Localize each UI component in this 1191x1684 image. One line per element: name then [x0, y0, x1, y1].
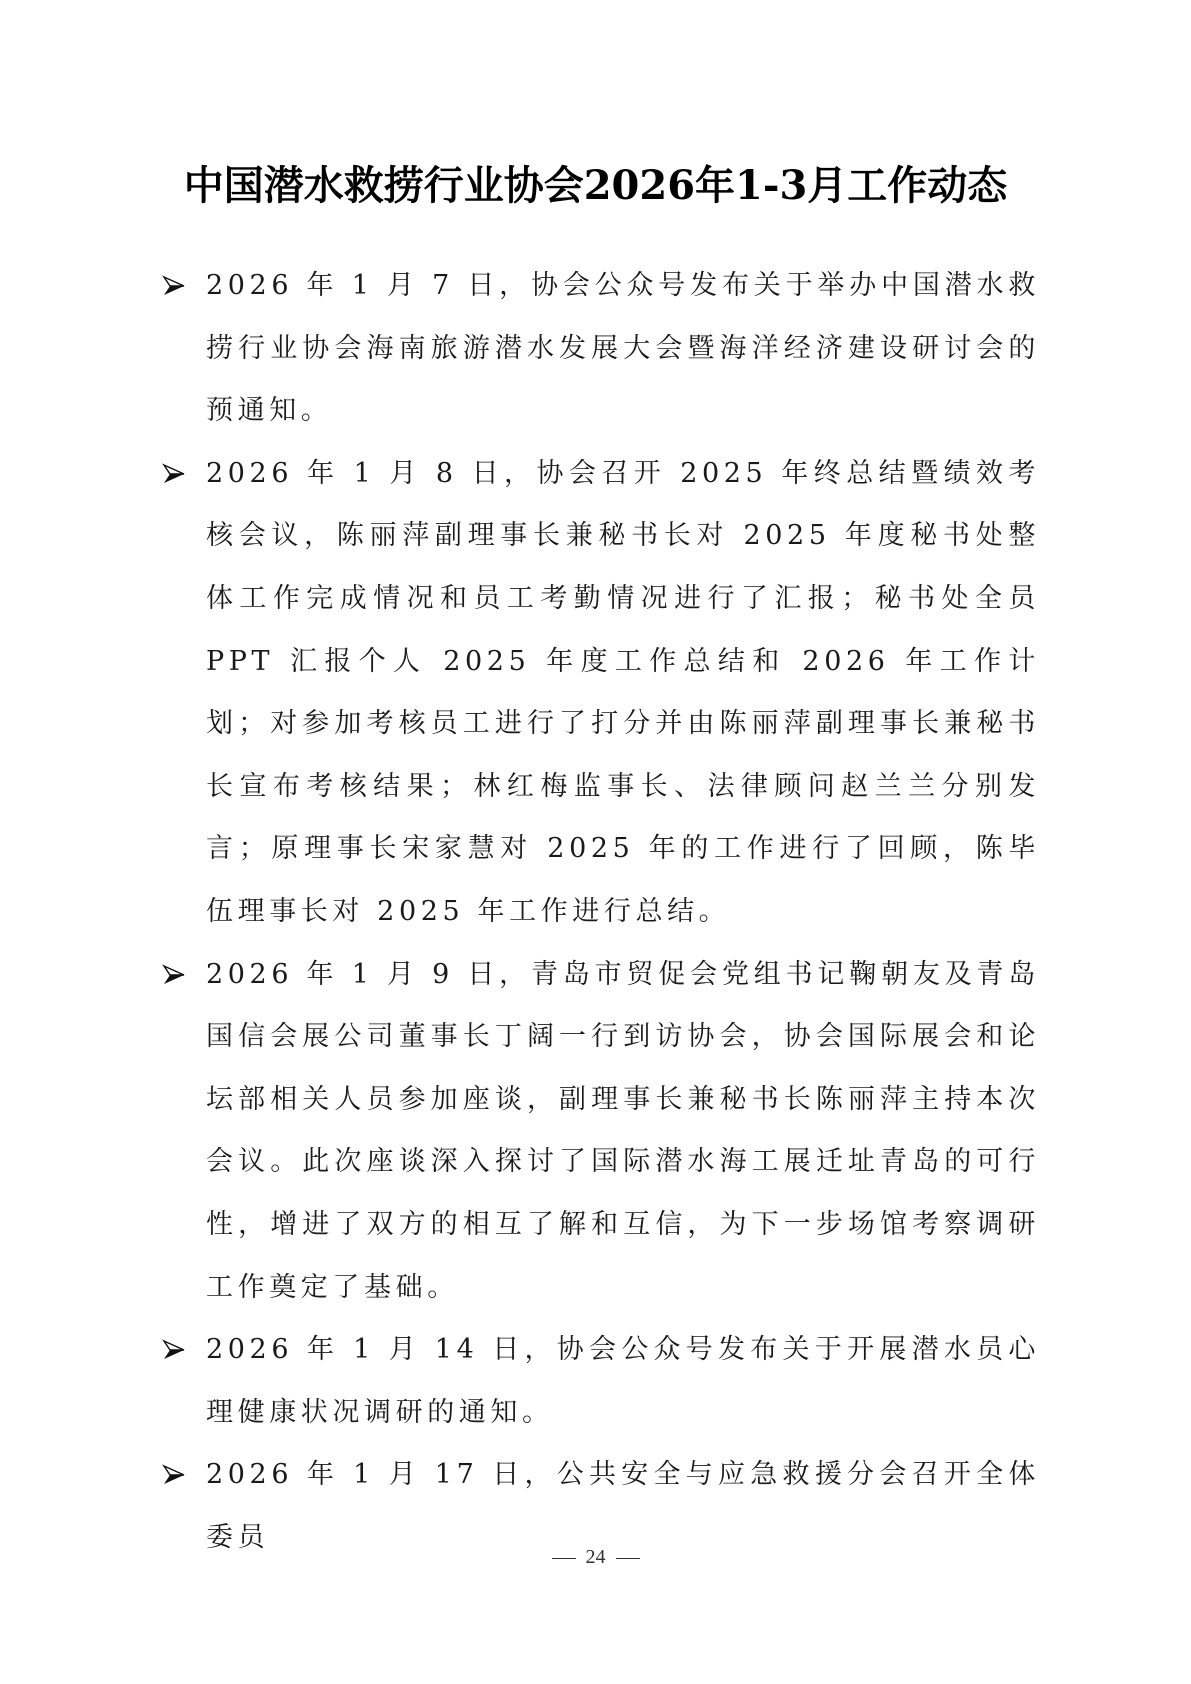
arrowhead-bullet-icon	[162, 274, 186, 298]
list-item-text: 2026 年 1 月 7 日，协会公众号发布关于举办中国潜水救捞行业协会海南旅游…	[206, 270, 1040, 426]
document-page: 中国潜水救捞行业协会2026年1-3月工作动态 2026 年 1 月 7 日，协…	[0, 0, 1191, 1684]
arrowhead-bullet-icon	[162, 462, 186, 486]
list-item-text: 2026 年 1 月 14 日，协会公众号发布关于开展潜水员心理健康状况调研的通…	[206, 1334, 1040, 1428]
dash-left	[552, 1558, 576, 1560]
list-item: 2026 年 1 月 8 日，协会召开 2025 年终总结暨绩效考核会议，陈丽萍…	[160, 443, 1040, 944]
page-footer: 24	[0, 1546, 1191, 1569]
arrowhead-bullet-icon	[162, 1463, 186, 1487]
list-item: 2026 年 1 月 9 日，青岛市贸促会党组书记鞠朝友及青岛国信会展公司董事长…	[160, 944, 1040, 1320]
list-item-text: 2026 年 1 月 17 日，公共安全与应急救援分会召开全体委员	[206, 1459, 1040, 1553]
list-item: 2026 年 1 月 14 日，协会公众号发布关于开展潜水员心理健康状况调研的通…	[160, 1319, 1040, 1444]
page-title: 中国潜水救捞行业协会2026年1-3月工作动态	[0, 158, 1191, 214]
arrowhead-bullet-icon	[162, 963, 186, 987]
dash-right	[616, 1558, 640, 1560]
list-item-text: 2026 年 1 月 8 日，协会召开 2025 年终总结暨绩效考核会议，陈丽萍…	[206, 458, 1040, 927]
news-list: 2026 年 1 月 7 日，协会公众号发布关于举办中国潜水救捞行业协会海南旅游…	[160, 255, 1040, 1569]
list-item: 2026 年 1 月 7 日，协会公众号发布关于举办中国潜水救捞行业协会海南旅游…	[160, 255, 1040, 443]
list-item-text: 2026 年 1 月 9 日，青岛市贸促会党组书记鞠朝友及青岛国信会展公司董事长…	[206, 959, 1040, 1303]
arrowhead-bullet-icon	[162, 1338, 186, 1362]
page-number: 24	[586, 1546, 606, 1568]
